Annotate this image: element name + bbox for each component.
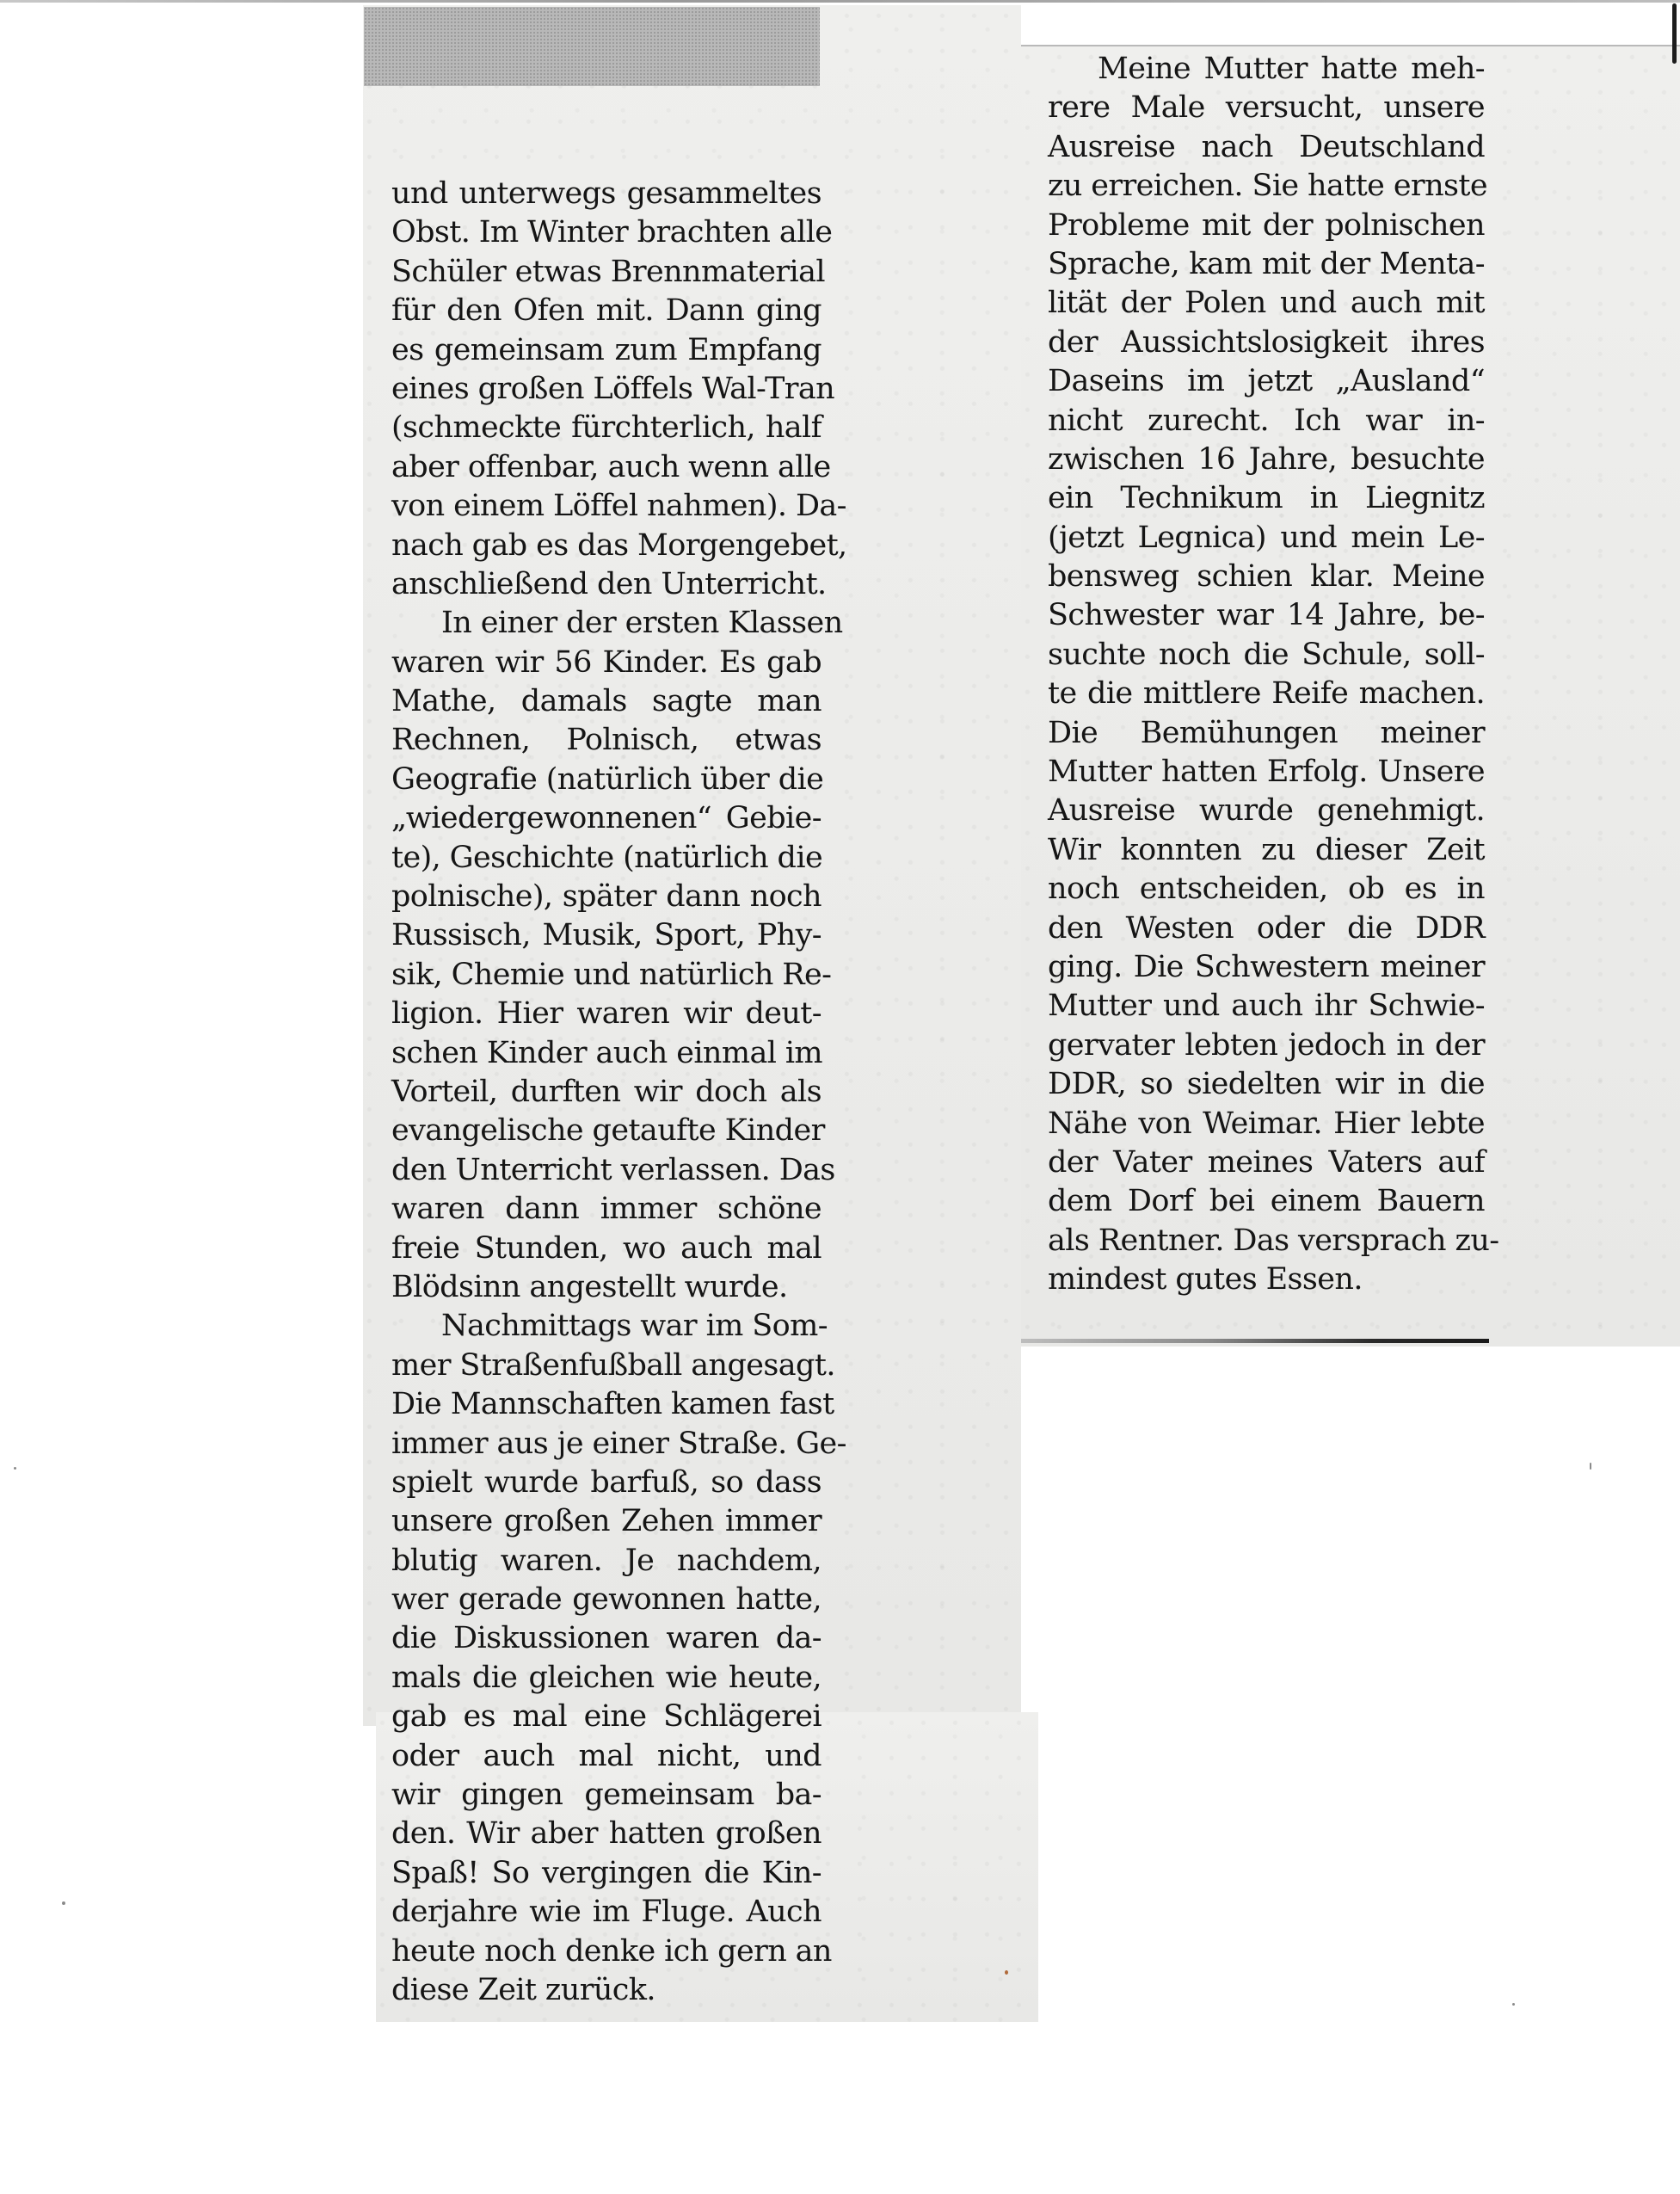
text-line: der Aussichtslosigkeit ihres: [1048, 324, 1485, 362]
text-line: als Rentner. Das versprach zu-: [1048, 1222, 1485, 1260]
text-line: nach gab es das Morgengebet,: [391, 527, 822, 565]
text-line: oder auch mal nicht, und: [391, 1737, 822, 1776]
scan-speck: [1005, 1970, 1008, 1975]
text-line: diese Zeit zurück.: [391, 1971, 822, 2010]
text-line: polnische), später dann noch: [391, 878, 822, 916]
text-line: Geografie (natürlich über die: [391, 761, 822, 799]
text-line: (jetzt Legnica) und mein Le-: [1048, 519, 1485, 558]
text-line: Daseins im jetzt „Ausland“: [1048, 362, 1485, 401]
text-line: Obst. Im Winter brachten alle: [391, 213, 822, 252]
text-line: Rechnen, Polnisch, etwas: [391, 721, 822, 760]
scan-edge-mark: [1672, 3, 1677, 64]
text-line: Mathe, damals sagte man: [391, 682, 822, 721]
text-line: mals die gleichen wie heute,: [391, 1659, 822, 1698]
text-line: die Diskussionen waren da-: [391, 1619, 822, 1658]
text-line: evangelische getaufte Kinder: [391, 1112, 822, 1150]
text-line: den. Wir aber hatten großen: [391, 1815, 822, 1853]
text-line: Mutter und auch ihr Schwie-: [1048, 987, 1485, 1026]
text-line: (schmeckte fürchterlich, half: [391, 409, 822, 447]
text-line: den Unterricht verlassen. Das: [391, 1151, 822, 1190]
text-line: sik, Chemie und natürlich Re-: [391, 956, 822, 995]
text-line: DDR, so siedelten wir in die: [1048, 1065, 1485, 1104]
text-line: waren wir 56 Kinder. Es gab: [391, 644, 822, 682]
text-line: Mutter hatten Erfolg. Unsere: [1048, 753, 1485, 792]
text-line: bensweg schien klar. Meine: [1048, 558, 1485, 596]
scan-speck: [62, 1901, 65, 1905]
text-line: wer gerade gewonnen hatte,: [391, 1581, 822, 1619]
text-line: den Westen oder die DDR: [1048, 909, 1485, 948]
text-line: unsere großen Zehen immer: [391, 1502, 822, 1541]
text-line: für den Ofen mit. Dann ging: [391, 292, 822, 330]
text-line: immer aus je einer Straße. Ge-: [391, 1425, 822, 1464]
text-line: suchte noch die Schule, soll-: [1048, 636, 1485, 675]
text-line: nicht zurecht. Ich war in-: [1048, 402, 1485, 441]
text-line: und unterwegs gesammeltes: [391, 175, 822, 213]
scan-speck: [14, 1467, 16, 1470]
text-line: noch entscheiden, ob es in: [1048, 870, 1485, 909]
text-line: Sprache, kam mit der Menta-: [1048, 245, 1485, 284]
text-line: Schwester war 14 Jahre, be-: [1048, 596, 1485, 635]
text-line: mindest gutes Essen.: [1048, 1260, 1485, 1299]
text-line: Spaß! So vergingen die Kin-: [391, 1854, 822, 1893]
scan-speck: [1512, 2003, 1515, 2006]
text-line: derjahre wie im Fluge. Auch: [391, 1893, 822, 1932]
text-line: ging. Die Schwestern meiner: [1048, 948, 1485, 987]
text-line: gervater lebten jedoch in der: [1048, 1026, 1485, 1065]
text-line: Blödsinn angestellt wurde.: [391, 1268, 822, 1307]
scan-top-edge: [0, 0, 1680, 3]
text-line: te die mittlere Reife machen.: [1048, 675, 1485, 713]
text-line: In einer der ersten Klassen: [391, 604, 822, 643]
text-line: schen Kinder auch einmal im: [391, 1034, 822, 1073]
text-line: mer Straßenfußball angesagt.: [391, 1347, 822, 1385]
text-line: „wiedergewonnenen“ Gebie-: [391, 799, 822, 838]
text-line: waren dann immer schöne: [391, 1190, 822, 1229]
text-line: zu erreichen. Sie hatte ernste: [1048, 167, 1485, 206]
text-line: rere Male versucht, unsere: [1048, 89, 1485, 127]
text-line: blutig waren. Je nachdem,: [391, 1542, 822, 1581]
text-line: lität der Polen und auch mit: [1048, 284, 1485, 323]
text-line: ein Technikum in Liegnitz: [1048, 479, 1485, 518]
text-line: Schüler etwas Brennmaterial: [391, 253, 822, 292]
text-line: es gemeinsam zum Empfang: [391, 331, 822, 370]
article-column-right: Meine Mutter hatte meh-rere Male versuch…: [1048, 50, 1485, 1300]
text-line: wir gingen gemeinsam ba-: [391, 1776, 822, 1815]
text-line: aber offenbar, auch wenn alle: [391, 448, 822, 487]
text-line: der Vater meines Vaters auf: [1048, 1143, 1485, 1182]
column-end-rule: [1021, 1339, 1489, 1343]
text-line: freie Stunden, wo auch mal: [391, 1230, 822, 1268]
text-line: Nähe von Weimar. Hier lebte: [1048, 1105, 1485, 1143]
text-line: Meine Mutter hatte meh-: [1048, 50, 1485, 89]
text-line: zwischen 16 Jahre, besuchte: [1048, 441, 1485, 479]
text-line: Ausreise nach Deutschland: [1048, 128, 1485, 167]
text-line: eines großen Löffels Wal-Tran: [391, 370, 822, 409]
halftone-header-band: [364, 7, 820, 86]
text-line: gab es mal eine Schlägerei: [391, 1698, 822, 1736]
text-line: ligion. Hier waren wir deut-: [391, 995, 822, 1033]
text-line: Wir konnten zu dieser Zeit: [1048, 831, 1485, 870]
text-line: spielt wurde barfuß, so dass: [391, 1464, 822, 1502]
text-line: von einem Löffel nahmen). Da-: [391, 487, 822, 526]
text-line: anschließend den Unterricht.: [391, 565, 822, 604]
text-line: heute noch denke ich gern an: [391, 1932, 822, 1971]
text-line: dem Dorf bei einem Bauern: [1048, 1182, 1485, 1221]
text-line: Die Mannschaften kamen fast: [391, 1385, 822, 1424]
text-line: Ausreise wurde genehmigt.: [1048, 792, 1485, 830]
text-line: Nachmittags war im Som-: [391, 1307, 822, 1346]
article-column-left: und unterwegs gesammeltesObst. Im Winter…: [391, 175, 822, 2010]
text-line: te), Geschichte (natürlich die: [391, 839, 822, 878]
scan-speck: [1590, 1463, 1591, 1470]
text-line: Die Bemühungen meiner: [1048, 714, 1485, 753]
text-line: Probleme mit der polnischen: [1048, 206, 1485, 245]
text-line: Vorteil, durften wir doch als: [391, 1073, 822, 1112]
text-line: Russisch, Musik, Sport, Phy-: [391, 916, 822, 955]
